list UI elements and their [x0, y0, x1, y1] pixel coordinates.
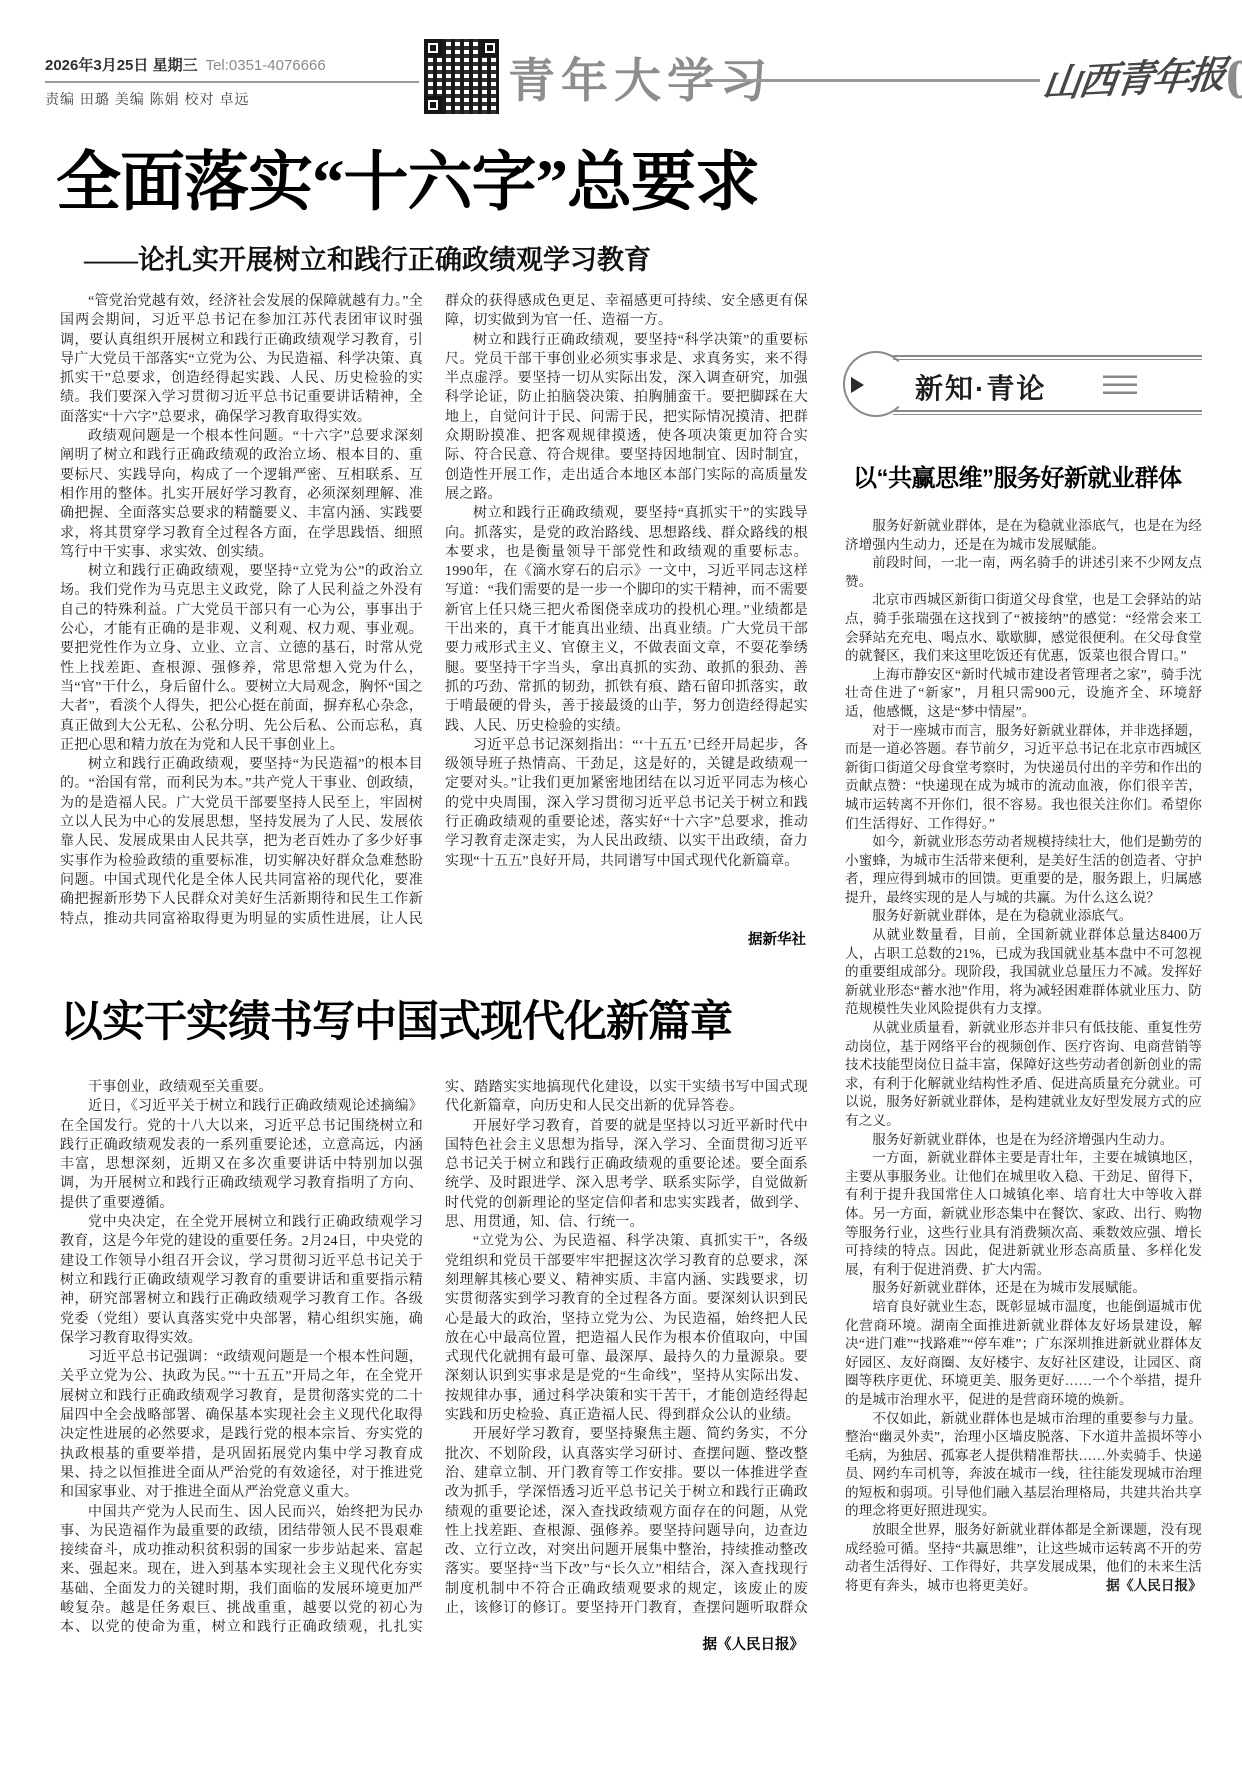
- newspaper-page: { "header": { "date": "2026年3月25日 星期三", …: [0, 0, 1242, 1768]
- paragraph: 树立和践行正确政绩观，要坚持“真抓实干”的实践导向。抓落实，是党的政治路线、思想…: [445, 504, 808, 736]
- badge-rule-top: [893, 355, 1202, 360]
- article2-credit: 据《人民日报》: [691, 1633, 807, 1654]
- paragraph: 树立和践行正确政绩观，要坚持“科学决策”的重要标尺。党员干部干事创业必须实事求是…: [445, 331, 808, 505]
- paragraph: 服务好新就业群体，还是在为城市发展赋能。: [845, 1279, 1202, 1298]
- sidebar-badge: 新知·青论: [855, 352, 1202, 418]
- sidebar-article-title: 以“共赢思维”服务好新就业群体: [853, 458, 1202, 493]
- article2-headline: 以实干实绩书写中国式现代化新篇章: [60, 988, 732, 1049]
- paragraph: 习近平总书记强调：“政绩观问题是一个根本性问题，关乎立党为公、执政为民。”“十五…: [60, 1348, 423, 1502]
- paragraph: 如今，新就业形态劳动者规模持续壮大，他们是勤劳的小蜜蜂，为城市生活带来便利，是美…: [845, 833, 1202, 907]
- sidebar-column: 新知·青论 以“共赢思维”服务好新就业群体 服务好新就业群体，是在为稳就业添底气…: [845, 352, 1202, 1595]
- qr-finder-icon: [424, 39, 442, 57]
- paragraph: 服务好新就业群体，是在为稳就业添底气，也是在为经济增强内生动力，还是在为城市发展…: [845, 517, 1202, 554]
- paragraph: “管党治党越有效，经济社会发展的保障就越有力。”全国两会期间，习近平总书记在参加…: [60, 292, 423, 427]
- paragraph: 对于一座城市而言，服务好新就业群体，并非选择题，而是一道必答题。春节前夕，习近平…: [845, 722, 1202, 834]
- paragraph: “立党为公、为民造福、科学决策、真抓实干”，各级党组织和党员干部要牢牢把握这次学…: [445, 1232, 808, 1425]
- qr-finder-icon: [424, 96, 442, 114]
- qr-finder-icon: [481, 39, 499, 57]
- paragraph: 从就业质量看，新就业形态并非只有低技能、重复性劳动岗位，基于网络平台的视频创作、…: [845, 1019, 1202, 1131]
- masthead: 山西青年报03: [1044, 48, 1242, 112]
- paragraph: 上海市静安区“新时代城市建设者管理者之家”，骑手沈壮奇住进了“新家”，月租只需9…: [845, 666, 1202, 722]
- sidebar-article-body: 服务好新就业群体，是在为稳就业添底气，也是在为经济增强内生动力，还是在为城市发展…: [845, 517, 1202, 1595]
- newspaper-name: 山西青年报: [1040, 43, 1228, 107]
- badge-triangle-icon: [851, 377, 864, 393]
- article1-body: “管党治党越有效，经济社会发展的保障就越有力。”全国两会期间，习近平总书记在参加…: [60, 292, 808, 950]
- paragraph: 习近平总书记深刻指出：“‘十五五’已经开局起步，各级领导班子热情高、干劲足，这是…: [445, 736, 808, 871]
- paragraph: 北京市西城区新街口街道父母食堂，也是工会驿站的站点，骑手张瑞强在这找到了“被接纳…: [845, 591, 1202, 665]
- header-divider: [45, 81, 419, 83]
- article-credit: 据《人民日报》: [1069, 1577, 1202, 1596]
- paragraph: 树立和践行正确政绩观，要坚持“立党为公”的政治立场。我们党作为马克思主义政党，除…: [60, 562, 423, 755]
- paragraph: 培育良好就业生态，既彰显城市温度，也能倒逼城市优化营商环境。湖南全面推进新就业群…: [845, 1298, 1202, 1410]
- qr-code-icon: [424, 39, 499, 114]
- page-number: 03: [1226, 48, 1242, 112]
- badge-label: 新知·青论: [907, 367, 1054, 407]
- paragraph: 服务好新就业群体，是在为稳就业添底气。: [845, 907, 1202, 926]
- paragraph: 一方面，新就业群体主要是青壮年，主要在城镇地区，主要从事服务业。让他们在城里收入…: [845, 1149, 1202, 1279]
- article1-subtitle: ——论扎实开展树立和践行正确政绩观学习教育: [84, 238, 651, 277]
- article2-body: 据《人民日报》 干事创业，政绩观至关重要。近日，《习近平关于树立和践行正确政绩观…: [60, 1078, 808, 1654]
- date-text: 2026年3月25日 星期三: [45, 57, 198, 74]
- phone-number: Tel:0351-4076666: [206, 57, 326, 74]
- paragraph: 政绩观问题是一个根本性问题。“十六字”总要求深刻阐明了树立和践行正确政绩观的政治…: [60, 427, 423, 562]
- paragraph: 党中央决定，在全党开展树立和践行正确政绩观学习教育，这是今年党的建设的重要任务。…: [60, 1213, 423, 1348]
- badge-rule-bottom: [893, 410, 1202, 415]
- paragraph: 前段时间，一北一南，两名骑手的讲述引来不少网友点赞。: [845, 554, 1202, 591]
- paragraph: 近日，《习近平关于树立和践行正确政绩观论述摘编》在全国发行。党的十八大以来，习近…: [60, 1097, 423, 1213]
- paragraph: 服务好新就业群体，也是在为经济增强内生动力。: [845, 1131, 1202, 1150]
- paragraph: 放眼全世界，服务好新就业群体都是全新课题，没有现成经验可循。坚持“共赢思维”，让…: [845, 1521, 1202, 1595]
- staff-credits: 责编 田璐 美编 陈娟 校对 卓远: [45, 89, 249, 109]
- paragraph: 开展好学习教育，首要的就是坚持以习近平新时代中国特色社会主义思想为指导，深入学习…: [445, 1117, 808, 1233]
- paragraph: 干事创业，政绩观至关重要。: [60, 1078, 423, 1097]
- article1-headline: 全面落实“十六字”总要求: [56, 148, 759, 220]
- section-title: 青年大学习: [508, 44, 773, 111]
- badge-lines-icon: [1103, 374, 1137, 394]
- paragraph: 从就业数量看，目前，全国新就业群体总量达8400万人，占职工总数的21%，已成为…: [845, 926, 1202, 1019]
- date-line: 2026年3月25日 星期三Tel:0351-4076666: [45, 54, 326, 75]
- header-rule: [705, 79, 1040, 82]
- paragraph: 不仅如此，新就业群体也是城市治理的重要参与力量。整治“幽灵外卖”，治理小区墙皮脱…: [845, 1410, 1202, 1522]
